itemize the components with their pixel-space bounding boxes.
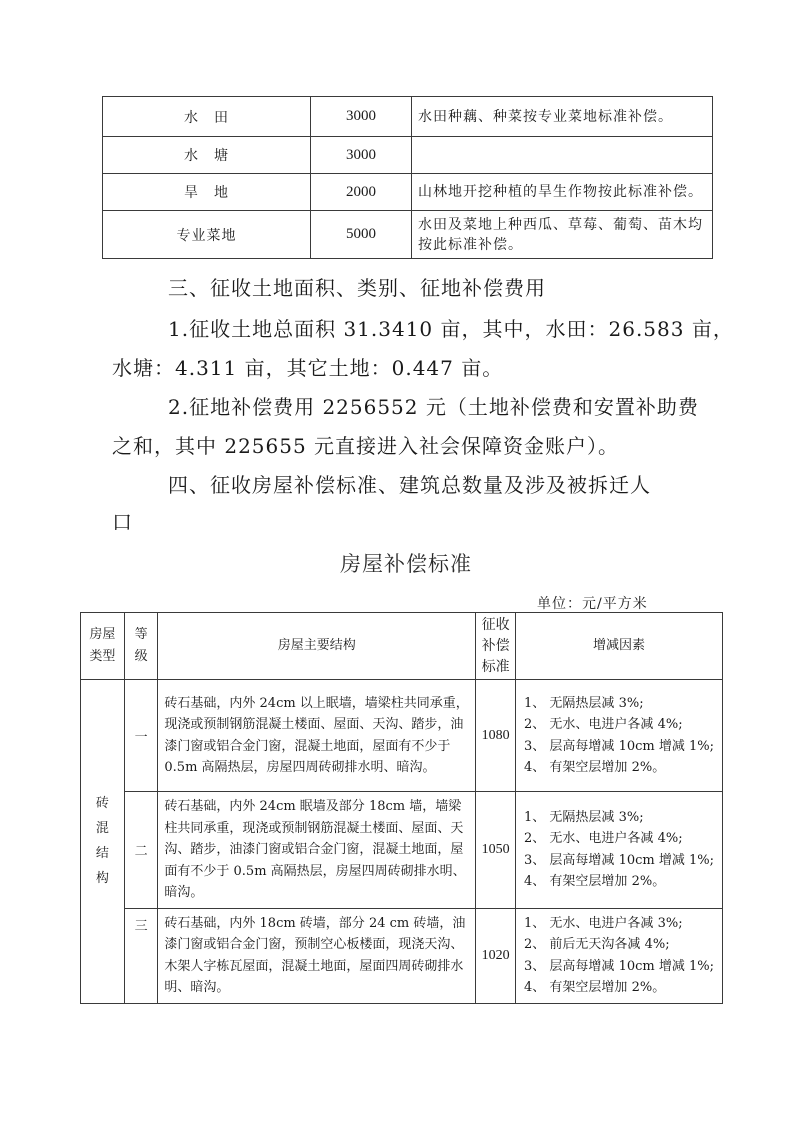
table-header-row: 房屋类型 等级 房屋主要结构 征收补偿标准 增减因素 bbox=[81, 613, 723, 680]
price: 1080 bbox=[476, 680, 516, 792]
land-note: 山林地开挖种植的旱生作物按此标准补偿。 bbox=[412, 174, 713, 211]
factor-item: 2、 无水、电进户各减 4%; bbox=[524, 714, 714, 736]
section3-item1-line1: 1.征收土地总面积 31.3410 亩，其中，水田：26.583 亩， bbox=[168, 309, 768, 349]
land-category: 旱 地 bbox=[103, 174, 311, 211]
section3-item2-line2: 之和，其中 225655 元直接进入社会保障资金账户）。 bbox=[112, 426, 712, 466]
land-amount: 2000 bbox=[311, 174, 412, 211]
grade: 一 bbox=[124, 680, 158, 792]
house-type: 砖混结构 bbox=[95, 791, 109, 891]
header-factors: 增减因素 bbox=[516, 613, 723, 680]
unit-label: 单位：元/平方米 bbox=[537, 593, 648, 613]
structure-desc: 砖石基础，内外 24cm 以上眠墙，墙梁柱共同承重，现浇或预制钢筋混凝土楼面、屋… bbox=[158, 680, 476, 792]
header-structure: 房屋主要结构 bbox=[158, 613, 476, 680]
structure-desc: 砖石基础，内外 18cm 砖墙，部分 24 cm 砖墙，油漆门窗或铝合金门窗，预… bbox=[158, 908, 476, 1003]
grade: 二 bbox=[124, 792, 158, 909]
header-price: 征收补偿标准 bbox=[482, 615, 510, 678]
factor-item: 3、 层高每增减 10cm 增减 1%; bbox=[524, 956, 714, 978]
land-compensation-table: 水 田 3000 水田种藕、种菜按专业菜地标准补偿。 水 塘 3000 旱 地 … bbox=[102, 96, 713, 259]
table-row: 水 田 3000 水田种藕、种菜按专业菜地标准补偿。 bbox=[103, 97, 713, 137]
land-category: 专业菜地 bbox=[103, 211, 311, 259]
table-row: 旱 地 2000 山林地开挖种植的旱生作物按此标准补偿。 bbox=[103, 174, 713, 211]
table-row: 专业菜地 5000 水田及菜地上种西瓜、草莓、葡萄、苗木均按此标准补偿。 bbox=[103, 211, 713, 259]
factor-item: 4、 有架空层增加 2%。 bbox=[524, 757, 714, 779]
section3-heading: 三、征收土地面积、类别、征地补偿费用 bbox=[168, 268, 768, 308]
land-category: 水 田 bbox=[103, 97, 311, 137]
land-amount: 3000 bbox=[311, 137, 412, 174]
house-compensation-table: 房屋类型 等级 房屋主要结构 征收补偿标准 增减因素 砖混结构 一 砖石基础，内… bbox=[80, 612, 723, 1004]
land-category: 水 塘 bbox=[103, 137, 311, 174]
factor-item: 1、 无水、电进户各减 3%; bbox=[524, 913, 714, 935]
land-amount: 5000 bbox=[311, 211, 412, 259]
factor-item: 3、 层高每增减 10cm 增减 1%; bbox=[524, 736, 714, 758]
factor-item: 4、 有架空层增加 2%。 bbox=[524, 871, 714, 893]
land-note: 水田及菜地上种西瓜、草莓、葡萄、苗木均按此标准补偿。 bbox=[412, 211, 713, 259]
section4-heading: 四、征收房屋补偿标准、建筑总数量及涉及被拆迁人 bbox=[168, 465, 768, 505]
header-type: 房屋类型 bbox=[84, 624, 120, 668]
price: 1050 bbox=[476, 792, 516, 909]
factor-item: 2、 前后无天沟各减 4%; bbox=[524, 934, 714, 956]
factor-item: 1、 无隔热层减 3%; bbox=[524, 807, 714, 829]
header-grade: 等级 bbox=[134, 624, 148, 668]
factors: 1、 无隔热层减 3%; 2、 无水、电进户各减 4%; 3、 层高每增减 10… bbox=[516, 792, 723, 909]
house-table-title: 房屋补偿标准 bbox=[340, 548, 472, 578]
section4-heading-cont: 口 bbox=[112, 502, 712, 542]
land-amount: 3000 bbox=[311, 97, 412, 137]
price: 1020 bbox=[476, 908, 516, 1003]
table-row: 二 砖石基础，内外 24cm 眠墙及部分 18cm 墙，墙梁柱共同承重，现浇或预… bbox=[81, 792, 723, 909]
table-row: 砖混结构 一 砖石基础，内外 24cm 以上眠墙，墙梁柱共同承重，现浇或预制钢筋… bbox=[81, 680, 723, 792]
grade: 三 bbox=[124, 908, 158, 1003]
factors: 1、 无水、电进户各减 3%; 2、 前后无天沟各减 4%; 3、 层高每增减 … bbox=[516, 908, 723, 1003]
section3-item2-line1: 2.征地补偿费用 2256552 元（土地补偿费和安置补助费 bbox=[168, 387, 768, 427]
factor-item: 1、 无隔热层减 3%; bbox=[524, 693, 714, 715]
land-note: 水田种藕、种菜按专业菜地标准补偿。 bbox=[412, 97, 713, 137]
factor-item: 2、 无水、电进户各减 4%; bbox=[524, 828, 714, 850]
land-note bbox=[412, 137, 713, 174]
table-row: 三 砖石基础，内外 18cm 砖墙，部分 24 cm 砖墙，油漆门窗或铝合金门窗… bbox=[81, 908, 723, 1003]
structure-desc: 砖石基础，内外 24cm 眠墙及部分 18cm 墙，墙梁柱共同承重，现浇或预制钢… bbox=[158, 792, 476, 909]
factor-item: 4、 有架空层增加 2%。 bbox=[524, 977, 714, 999]
section3-item1-line2: 水塘：4.311 亩，其它土地：0.447 亩。 bbox=[112, 348, 712, 388]
factors: 1、 无隔热层减 3%; 2、 无水、电进户各减 4%; 3、 层高每增减 10… bbox=[516, 680, 723, 792]
table-row: 水 塘 3000 bbox=[103, 137, 713, 174]
factor-item: 3、 层高每增减 10cm 增减 1%; bbox=[524, 850, 714, 872]
